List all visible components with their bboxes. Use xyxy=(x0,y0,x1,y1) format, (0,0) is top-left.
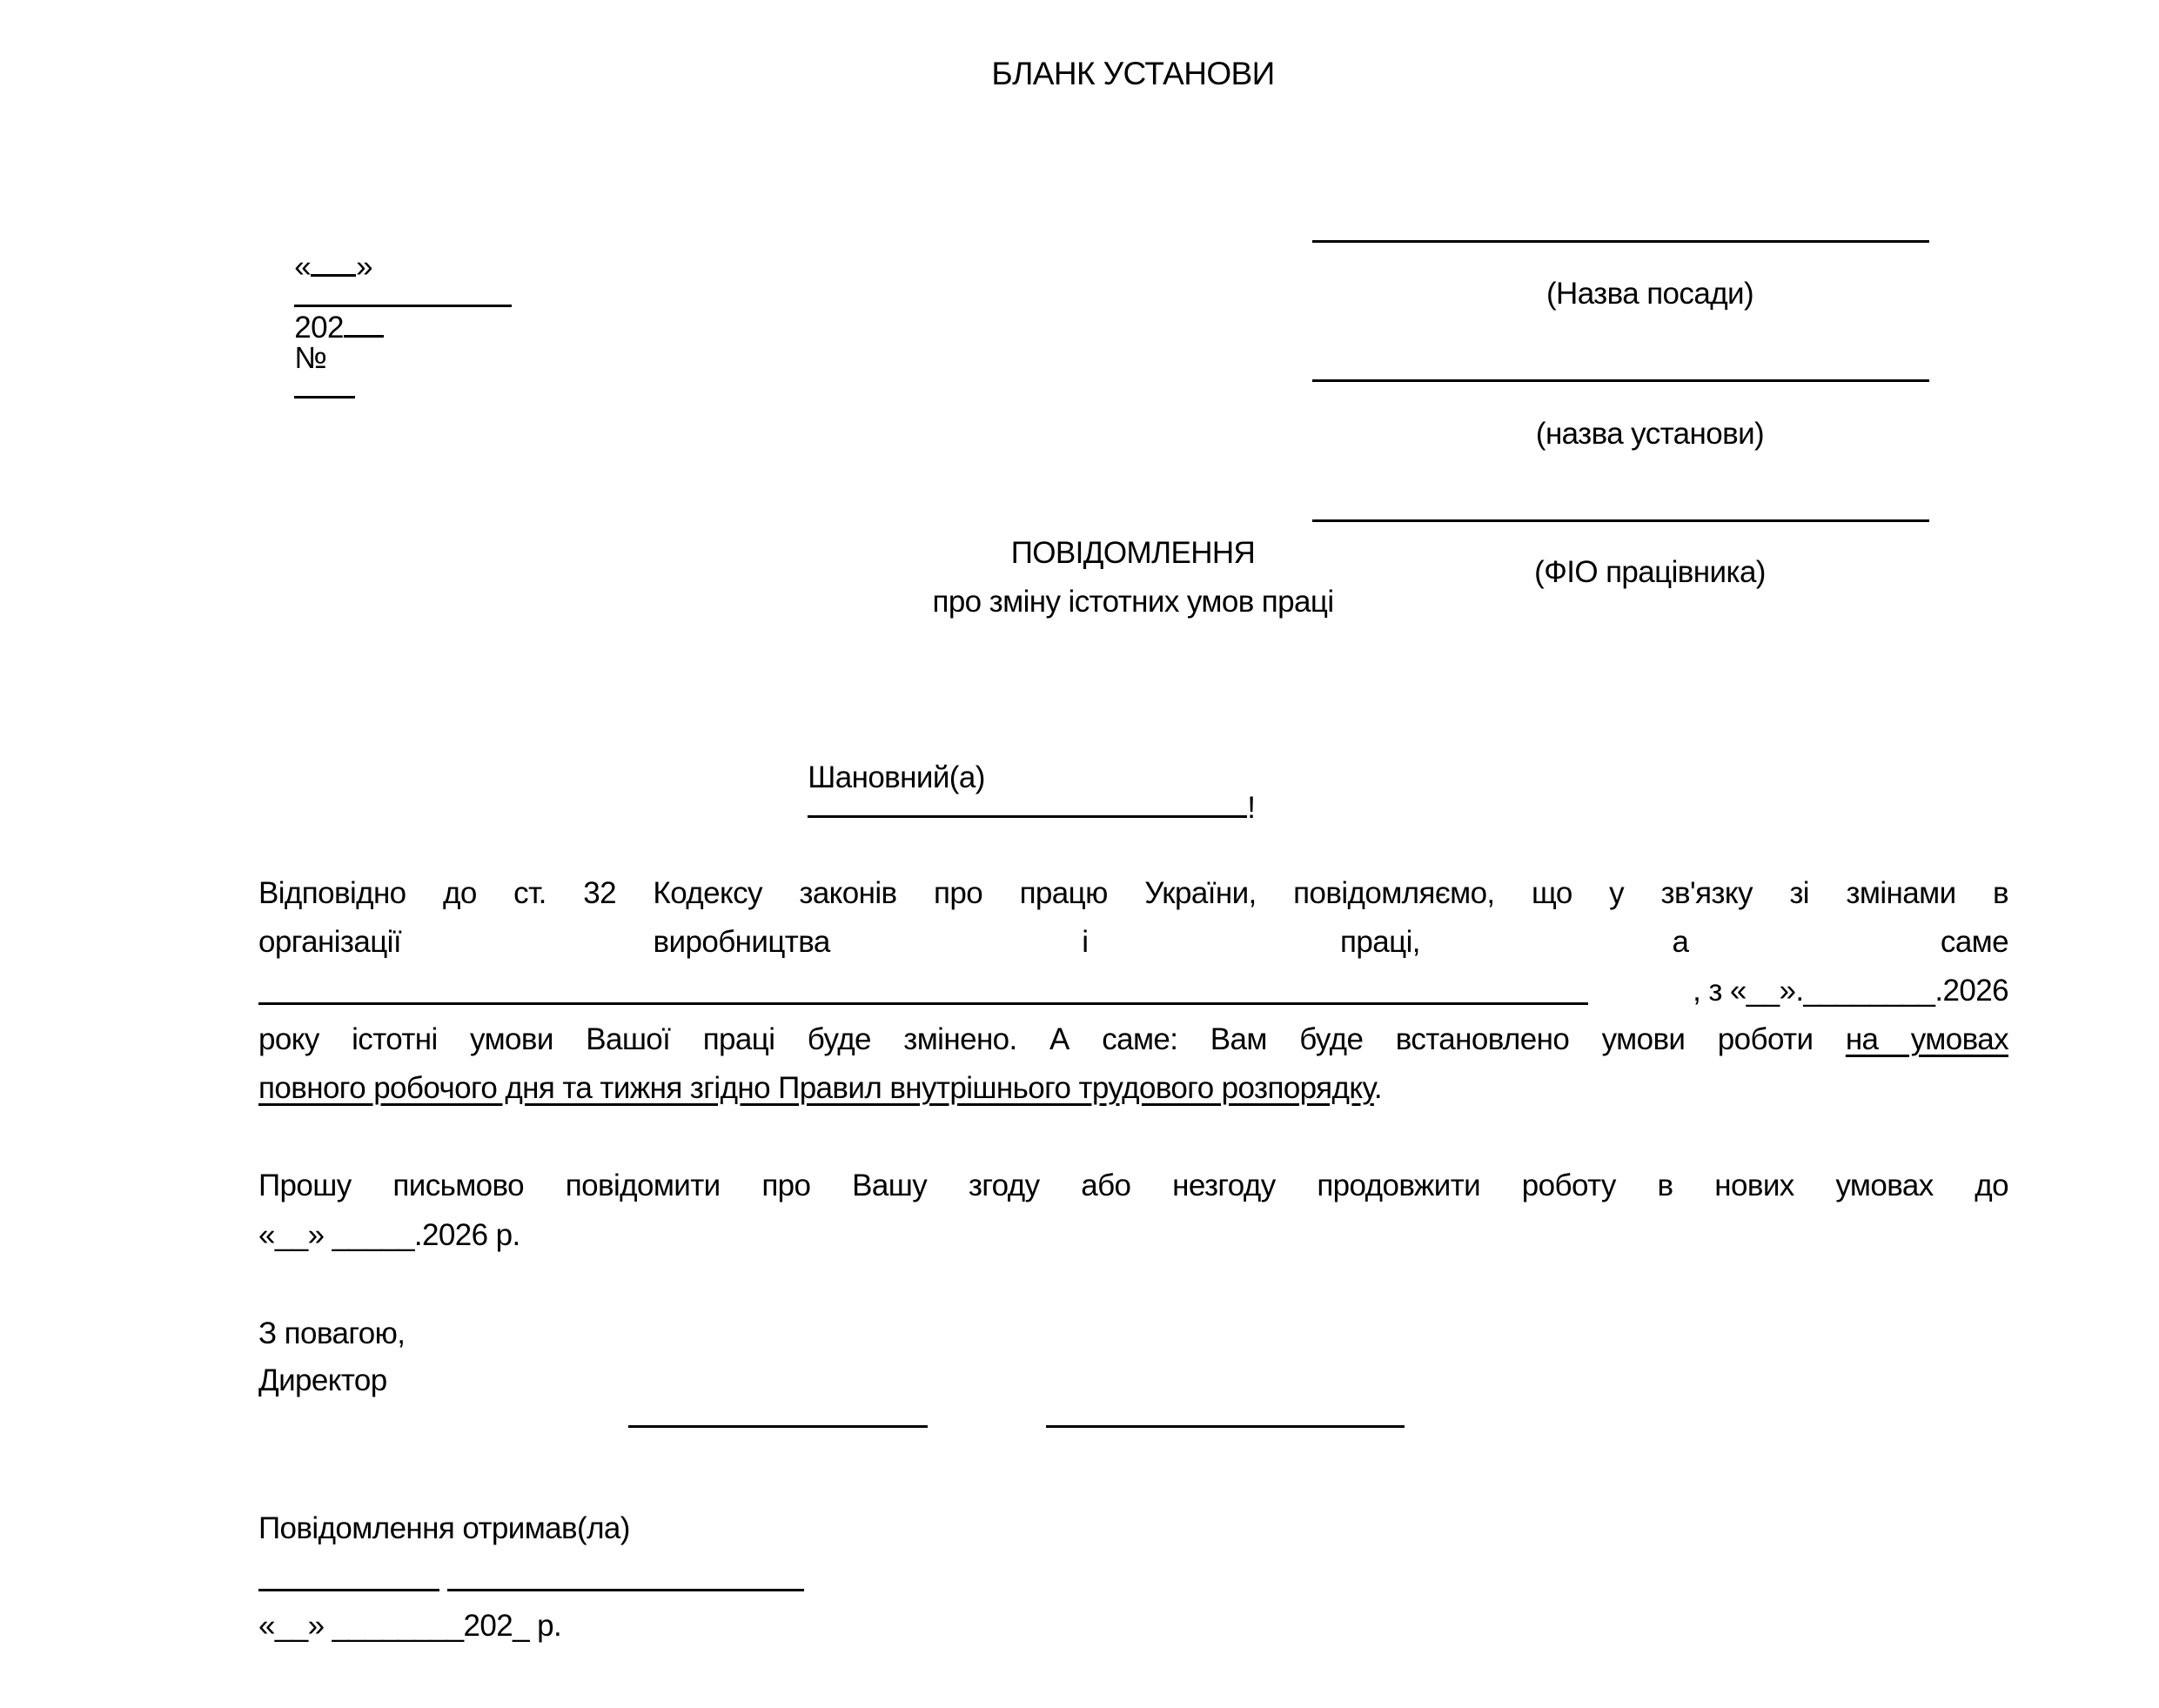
document-subtitle: про зміну істотних умов праці xyxy=(0,586,2159,617)
body-word: організації xyxy=(258,925,401,959)
body-line-1: Відповідно до ст. 32 Кодексу законів про… xyxy=(258,878,2008,908)
document-title: ПОВІДОМЛЕННЯ xyxy=(0,538,2159,568)
employee-name-field[interactable] xyxy=(1312,519,1929,522)
body-word: виробництва xyxy=(654,925,830,959)
reference-day-field[interactable] xyxy=(311,273,356,277)
position-label: (Назва посади) xyxy=(1312,278,1988,309)
request-line-1: Прошу письмово повідомити про Вашу згоду… xyxy=(258,1170,2008,1201)
greeting-name-field[interactable] xyxy=(808,814,1247,818)
reference-close-quote: » xyxy=(356,250,372,284)
reference-number-field[interactable] xyxy=(294,395,355,399)
receipt-signature-field[interactable] xyxy=(258,1589,439,1591)
body-line-5: повного робочого дня та тижня згідно Пра… xyxy=(258,1073,2008,1103)
position-field[interactable] xyxy=(1312,240,1929,243)
request-line-2: «__» _____.2026 р. xyxy=(258,1220,2008,1250)
body-line-4: року істотні умови Вашої праці буде змін… xyxy=(258,1024,2008,1055)
greeting-prefix: Шановний(а) xyxy=(808,760,985,794)
closing-signatory: Директор xyxy=(258,1365,387,1396)
body-word: і xyxy=(1082,925,1088,959)
body-line-5-end: . xyxy=(1374,1071,1382,1105)
greeting-suffix: ! xyxy=(1247,791,1255,825)
greeting: Шановний(а) ! xyxy=(792,732,1255,823)
receipt-date-line: «__» ________202_ р. xyxy=(258,1611,561,1641)
body-line-5-underlined: повного робочого дня та тижня згідно Пра… xyxy=(258,1071,1374,1105)
change-reason-field[interactable] xyxy=(258,1002,1588,1005)
body-word: а xyxy=(1672,925,1688,959)
closing-regards: З повагою, xyxy=(258,1318,405,1349)
body-word: саме xyxy=(1941,925,2008,959)
reference-number-sign: № xyxy=(294,341,326,375)
reference-month-field[interactable] xyxy=(294,304,512,307)
institution-field[interactable] xyxy=(1312,379,1929,382)
receipt-name-field[interactable] xyxy=(447,1589,804,1591)
body-line-3-date: , з «__».________.2026 xyxy=(1591,975,2008,1006)
reference-year-prefix: 202 xyxy=(294,311,344,345)
director-name-field[interactable] xyxy=(1046,1425,1405,1428)
reference-year-field[interactable] xyxy=(344,334,384,338)
letterhead-title: БЛАНК УСТАНОВИ xyxy=(0,57,2159,90)
body-line-2: організації виробництва і праці, а саме xyxy=(258,927,2008,957)
reference-line: «» 202 № xyxy=(278,221,512,404)
institution-label: (назва установи) xyxy=(1312,419,1988,449)
receipt-label: Повідомлення отримав(ла) xyxy=(258,1513,630,1544)
director-signature-field[interactable] xyxy=(628,1425,928,1428)
body-line-4-underlined: на умовах xyxy=(1846,1022,2008,1056)
body-word: праці, xyxy=(1340,925,1420,959)
reference-open-quote: « xyxy=(294,250,311,284)
body-line-4-text: року істотні умови Вашої праці буде змін… xyxy=(258,1022,1846,1056)
